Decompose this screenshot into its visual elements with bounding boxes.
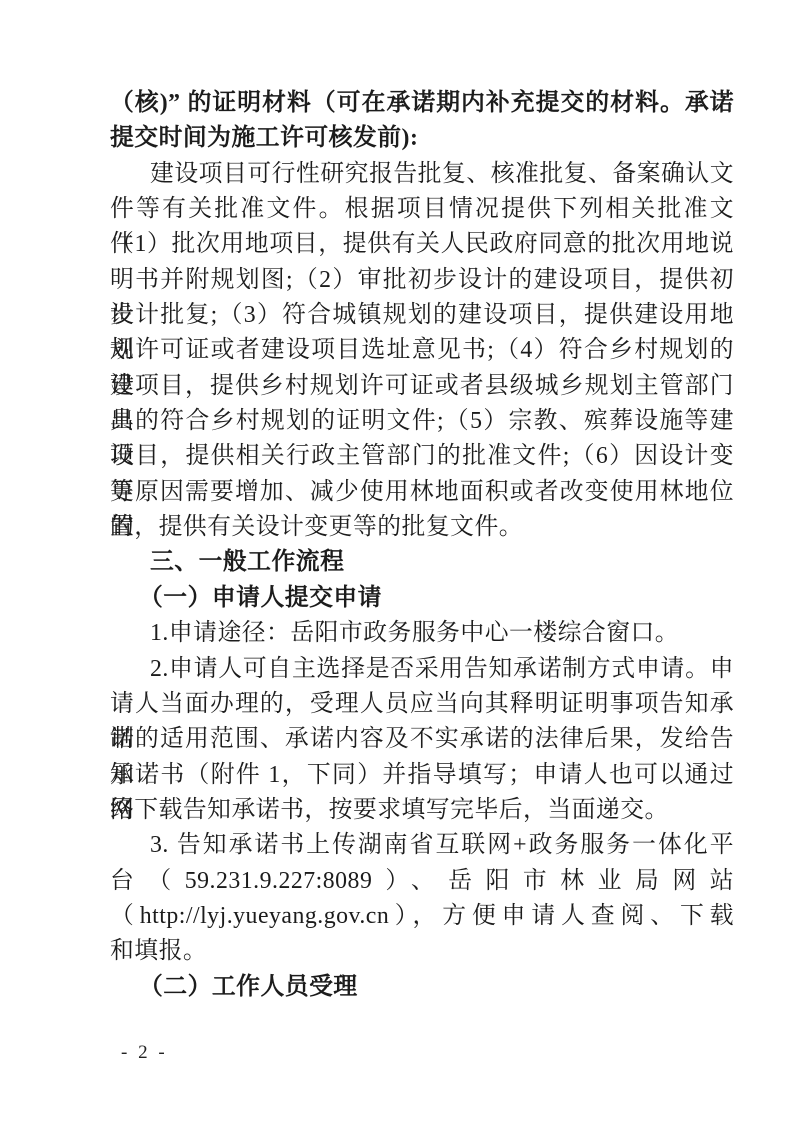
text-line: （1）批次用地项目，提供有关人民政府同意的批次用地说	[110, 227, 734, 262]
text-line: 1.申请途径：岳阳市政务服务中心一楼综合窗口。	[110, 616, 734, 651]
text-line: （一）申请人提交申请	[110, 581, 734, 616]
text-line: 划许可证或者建设项目选址意见书;（4）符合乡村规划的建	[110, 333, 734, 368]
document-page: （核)” 的证明材料（可在承诺期内补充提交的材料。承诺提交时间为施工许可核发前)…	[0, 0, 794, 1122]
text-line: 2.申请人可自主选择是否采用告知承诺制方式申请。申	[110, 652, 734, 687]
document-body: （核)” 的证明材料（可在承诺期内补充提交的材料。承诺提交时间为施工许可核发前)…	[110, 86, 734, 1005]
text-line: 等原因需要增加、减少使用林地面积或者改变使用林地位置	[110, 475, 734, 510]
text-line: 制的适用范围、承诺内容及不实承诺的法律后果，发给告知	[110, 722, 734, 757]
text-line: 承诺书（附件 1，下同）并指导填写；申请人也可以通过网	[110, 758, 734, 793]
text-line: 明书并附规划图;（2）审批初步设计的建设项目，提供初步	[110, 263, 734, 298]
text-line: 建设项目可行性研究报告批复、核准批复、备案确认文	[110, 157, 734, 192]
text-line: 络下载告知承诺书，按要求填写完毕后，当面递交。	[110, 793, 734, 828]
text-line: 台（59.231.9.227:8089）、岳阳市林业局网站	[110, 864, 734, 899]
text-line: 具的符合乡村规划的证明文件;（5）宗教、殡葬设施等建设	[110, 404, 734, 439]
text-line: 的，提供有关设计变更等的批复文件。	[110, 510, 734, 545]
text-line: 3. 告知承诺书上传湖南省互联网+政务服务一体化平	[110, 828, 734, 863]
text-line: 设计批复;（3）符合城镇规划的建设项目，提供建设用地规	[110, 298, 734, 333]
text-line: 和填报。	[110, 934, 734, 969]
text-line: 三、一般工作流程	[110, 545, 734, 580]
text-line: 件等有关批准文件。根据项目情况提供下列相关批准文件：	[110, 192, 734, 227]
text-line: （二）工作人员受理	[110, 970, 734, 1005]
text-line: 请人当面办理的，受理人员应当向其释明证明事项告知承诺	[110, 687, 734, 722]
text-line: 设项目，提供乡村规划许可证或者县级城乡规划主管部门出	[110, 369, 734, 404]
text-line: （http://lyj.yueyang.gov.cn），方便申请人查阅、下载	[110, 899, 734, 934]
text-line: 项目，提供相关行政主管部门的批准文件;（6）因设计变更	[110, 439, 734, 474]
text-line: 提交时间为施工许可核发前):	[110, 121, 734, 156]
text-line: （核)” 的证明材料（可在承诺期内补充提交的材料。承诺	[110, 86, 734, 121]
page-number: - 2 -	[121, 1042, 168, 1064]
